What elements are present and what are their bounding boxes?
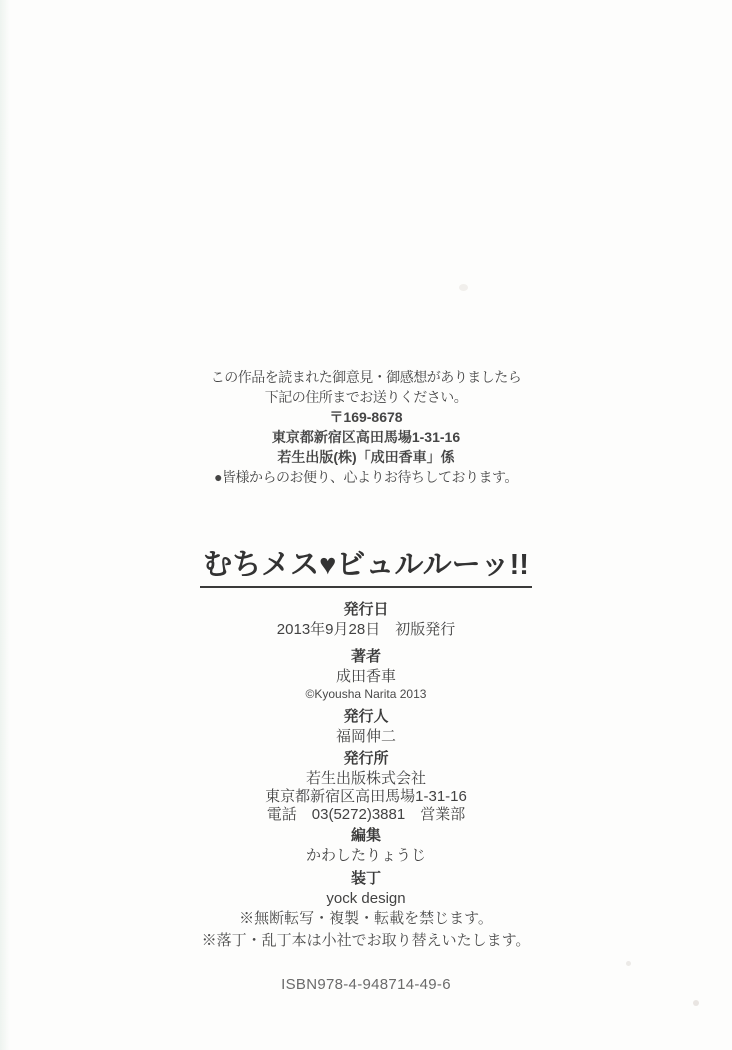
notice-no-reproduction: ※無断転写・複製・転載を禁じます。 — [0, 908, 732, 930]
section-book-design: 装丁 yock design — [0, 869, 732, 908]
reader-feedback-notice: この作品を読まれた御意見・御感想がありましたら 下記の住所までお送りください。 … — [0, 367, 732, 487]
feedback-closing: ●皆様からのお便り、心よりお待ちしております。 — [0, 467, 732, 487]
feedback-address: 東京都新宿区高田馬場1-31-16 — [0, 427, 732, 447]
scan-speck — [626, 961, 631, 966]
legal-notices: ※無断転写・複製・転載を禁じます。 ※落丁・乱丁本は小社でお取り替えいたします。 — [0, 908, 732, 952]
section-label: 発行人 — [0, 707, 732, 727]
section-publisher-person: 発行人 福岡伸二 — [0, 707, 732, 746]
section-label: 装丁 — [0, 869, 732, 889]
feedback-line: 下記の住所までお送りください。 — [0, 387, 732, 407]
section-publication-date: 発行日 2013年9月28日 初版発行 — [0, 600, 732, 639]
feedback-recipient: 若生出版(株)「成田香車」係 — [0, 447, 732, 467]
publishing-house-address: 東京都新宿区高田馬場1-31-16 — [0, 788, 732, 806]
title-container: むちメス♥ビュルルーッ!! — [0, 547, 732, 588]
publication-date: 2013年9月28日 初版発行 — [0, 621, 732, 639]
section-publishing-house: 発行所 若生出版株式会社 東京都新宿区高田馬場1-31-16 電話 03(527… — [0, 749, 732, 824]
section-editor: 編集 かわしたりょうじ — [0, 826, 732, 865]
colophon-page: この作品を読まれた御意見・御感想がありましたら 下記の住所までお送りください。 … — [0, 0, 732, 1050]
copyright-line: ©Kyousha Narita 2013 — [0, 686, 732, 702]
section-label: 編集 — [0, 826, 732, 846]
scan-speck — [459, 284, 468, 291]
postal-code: 〒169-8678 — [0, 407, 732, 427]
publisher-person-name: 福岡伸二 — [0, 728, 732, 746]
section-label: 発行所 — [0, 749, 732, 769]
book-title: むちメス♥ビュルルーッ!! — [200, 547, 532, 588]
author-name: 成田香車 — [0, 668, 732, 686]
editor-name: かわしたりょうじ — [0, 847, 732, 865]
section-label: 発行日 — [0, 600, 732, 620]
notice-defective-copies: ※落丁・乱丁本は小社でお取り替えいたします。 — [0, 930, 732, 952]
publishing-house-phone: 電話 03(5272)3881 営業部 — [0, 806, 732, 824]
isbn-number: ISBN978-4-948714-49-6 — [0, 976, 732, 993]
scan-speck — [693, 1000, 699, 1006]
feedback-line: この作品を読まれた御意見・御感想がありましたら — [0, 367, 732, 387]
section-author: 著者 成田香車 ©Kyousha Narita 2013 — [0, 647, 732, 702]
section-label: 著者 — [0, 647, 732, 667]
book-designer-name: yock design — [0, 890, 732, 908]
publishing-house-name: 若生出版株式会社 — [0, 770, 732, 788]
